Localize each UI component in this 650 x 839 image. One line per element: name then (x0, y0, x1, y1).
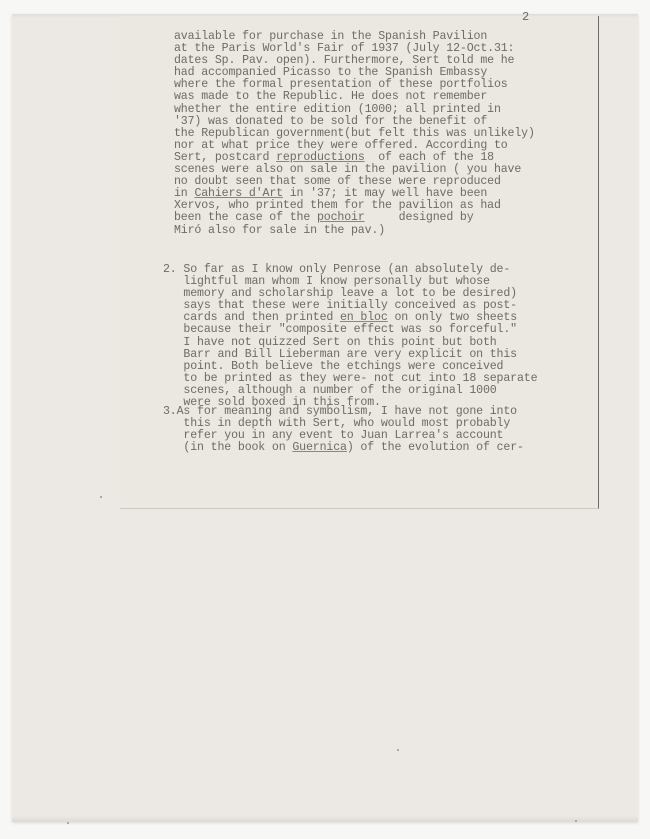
typed-line: available for purchase in the Spanish Pa… (174, 30, 487, 43)
paragraph-3: 3.As for meaning and symbolism, I have n… (163, 406, 524, 454)
underlined-term: en bloc (340, 311, 388, 324)
typed-line: Barr and Bill Lieberman are very explici… (163, 348, 517, 361)
paper-speck (397, 749, 399, 751)
typed-line: at the Paris World's Fair of 1937 (July … (174, 42, 514, 55)
typed-line: says that these were initially conceived… (163, 299, 517, 312)
underlined-term: Cahiers d'Art (194, 187, 283, 200)
typed-line: where the formal presentation of these p… (174, 78, 508, 91)
typed-line: cards and then printed en bloc on only t… (163, 311, 517, 324)
typed-line: the Republican government(but felt this … (174, 127, 535, 140)
paper-speck (100, 496, 102, 498)
typed-line: Xervos, who printed them for the pavilio… (174, 199, 501, 212)
typed-line: no doubt seen that some of these were re… (174, 175, 501, 188)
typed-line: scenes were also on sale in the pavilion… (174, 163, 521, 176)
typed-line: memory and scholarship leave a lot to be… (163, 287, 517, 300)
typed-line: refer you in any event to Juan Larrea's … (163, 429, 503, 442)
typed-line: 2. So far as I know only Penrose (an abs… (163, 263, 510, 276)
typed-line: 3.As for meaning and symbolism, I have n… (163, 405, 517, 418)
typed-line: to be printed as they were- not cut into… (163, 372, 537, 385)
typed-line: had accompanied Picasso to the Spanish E… (174, 66, 487, 79)
typed-line: Sert, postcard reproductions of each of … (174, 151, 494, 164)
typed-line: lightful man whom I know personally but … (163, 275, 490, 288)
typed-line: dates Sp. Pav. open). Furthermore, Sert … (174, 54, 514, 67)
paragraph-2: 2. So far as I know only Penrose (an abs… (163, 264, 537, 409)
page-number: 2 (522, 10, 529, 24)
paragraph-1: available for purchase in the Spanish Pa… (174, 31, 535, 237)
page-bottom-edge (12, 816, 638, 822)
typed-line: whether the entire edition (1000; all pr… (174, 103, 501, 116)
typed-line: was made to the Republic. He does not re… (174, 90, 487, 103)
typed-line: '37) was donated to be sold for the bene… (174, 115, 487, 128)
paper-speck (67, 822, 69, 824)
typed-line: Miró also for sale in the pav.) (174, 224, 385, 237)
underlined-term: reproductions (276, 151, 365, 164)
underlined-term: pochoir (317, 211, 365, 224)
typed-line: point. Both believe the etchings were co… (163, 360, 503, 373)
typed-line: in Cahiers d'Art in '37; it may well hav… (174, 187, 487, 200)
typed-line: this in depth with Sert, who would most … (163, 417, 510, 430)
typed-line: (in the book on Guernica) of the evoluti… (163, 441, 524, 454)
typed-line: because their "composite effect was so f… (163, 323, 517, 336)
typed-line: been the case of the pochoir designed by (174, 211, 474, 224)
typed-line: nor at what price they were offered. Acc… (174, 139, 508, 152)
paper-speck (575, 820, 577, 822)
typed-line: I have not quizzed Sert on this point bu… (163, 336, 497, 349)
underlined-term: Guernica (292, 441, 346, 454)
typed-line: scenes, although a number of the origina… (163, 384, 497, 397)
